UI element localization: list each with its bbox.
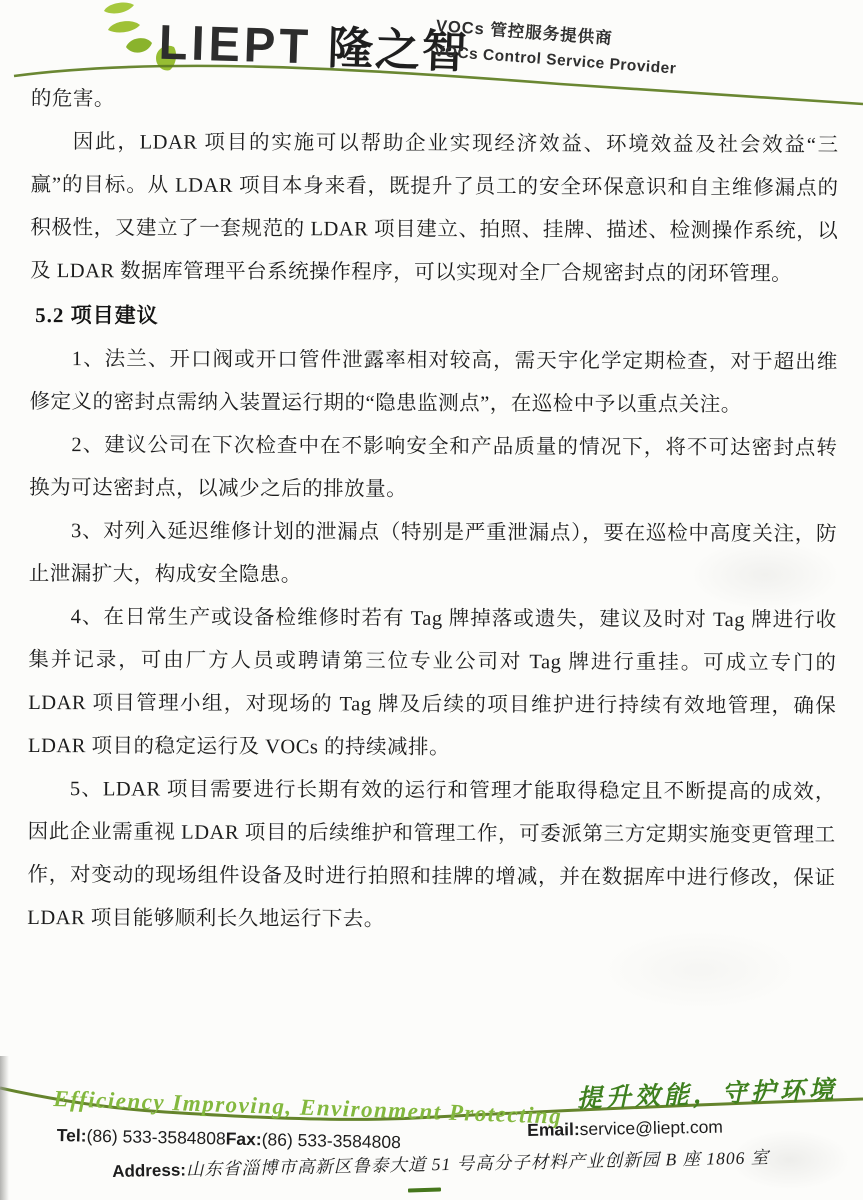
footer-green-dash (408, 1187, 441, 1192)
suggestion-item: 3、对列入延迟维修计划的泄漏点（特别是严重泄漏点），要在巡检中高度关注，防止泄漏… (29, 510, 837, 600)
company-taglines: VOCs 管控服务提供商 VOCs Control Service Provid… (433, 12, 679, 79)
suggestion-item: 1、法兰、开口阀或开口管件泄露率相对较高，需天宇化学定期检查，对于超出维修定义的… (29, 338, 837, 428)
footer-tel-fax: Tel:(86) 533-3584808Fax:(86) 533-3584808 (57, 1125, 401, 1153)
suggestion-item: 4、在日常生产或设备检维修时若有 Tag 牌掉落或遗失，建议及时对 Tag 牌进… (28, 596, 837, 772)
paragraph-conclusion: 因此，LDAR 项目的实施可以帮助企业实现经济效益、环境效益及社会效益“三赢”的… (30, 121, 839, 297)
address-label: Address: (112, 1160, 186, 1181)
tel-label: Tel: (57, 1125, 87, 1146)
footer-address: Address:山东省淄博市高新区鲁泰大道 51 号高分子材料产业创新园 B 座… (112, 1144, 770, 1183)
logo: LIEPT 隆之智 (158, 6, 470, 81)
fax-value: (86) 533-3584808 (261, 1129, 401, 1152)
tel-value: (86) 533-3584808 (86, 1126, 226, 1149)
suggestion-item: 5、LDAR 项目需要进行长期有效的运行和管理才能取得稳定且不断提高的成效，因此… (27, 768, 836, 944)
fax-label: Fax: (226, 1129, 262, 1150)
footer-slogan-chinese: 提升效能，守护环境 (576, 1070, 838, 1115)
email-value: service@liept.com (580, 1117, 724, 1139)
address-value: 山东省淄博市高新区鲁泰大道 51 号高分子材料产业创新园 B 座 1806 室 (186, 1147, 770, 1179)
paragraph-fragment: 的危害。 (31, 78, 839, 125)
scan-edge-shadow (0, 1056, 9, 1200)
document-body: 的危害。 因此，LDAR 项目的实施可以帮助企业实现经济效益、环境效益及社会效益… (27, 78, 839, 944)
section-heading: 5.2 项目建议 (30, 293, 838, 342)
email-label: Email: (527, 1119, 580, 1140)
suggestion-item: 2、建议公司在下次检查中在不影响安全和产品质量的情况下，将不可达密封点转换为可达… (29, 424, 837, 514)
logo-latin-text: LIEPT (158, 13, 313, 75)
scanned-document-page: LIEPT 隆之智 VOCs 管控服务提供商 VOCs Control Serv… (0, 0, 863, 1200)
footer-email: Email:service@liept.com (527, 1117, 723, 1141)
footer-slogan-english: Efficiency Improving, Environment Protec… (53, 1086, 563, 1130)
